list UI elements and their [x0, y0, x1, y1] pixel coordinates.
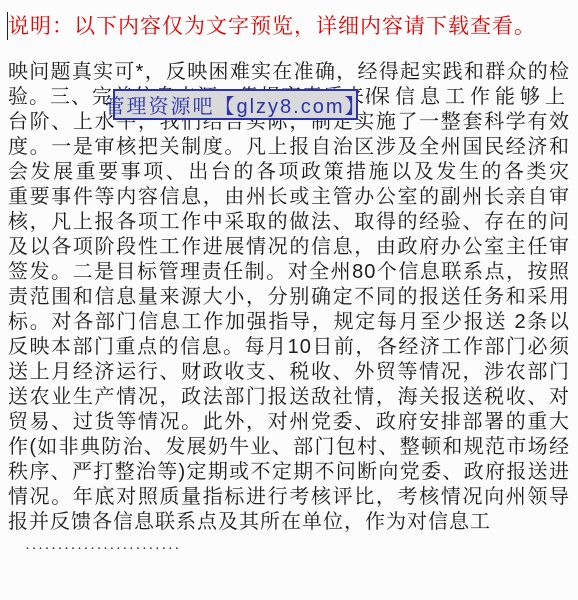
text-line: 标。对各部门信息工作加强指导，规定每月至少报送 2条以上	[8, 310, 570, 335]
text-line: 度。一是审核把关制度。凡上报自治区涉及全州国民经济和社	[8, 135, 570, 160]
ellipsis-line: ························	[8, 535, 570, 560]
text-line: 秩序、严打整治等)定期或不定期不问断向党委、政府报送进展	[8, 460, 570, 485]
text-line: 报并反馈各信息联系点及其所在单位，作为对信息工	[8, 510, 570, 535]
text-line: 核，凡上报各项工作中采取的做法、取得的经验、存在的问题	[8, 210, 570, 235]
text-line: 会发展重要事项、出台的各项政策措施以及发生的各类灾害、	[8, 160, 570, 185]
text-line: 情况。年底对照质量指标进行考核评比，考核情况向州领导汇	[8, 485, 570, 510]
text-line: 贸易、过货等情况。此外，对州党委、政府安排部署的重大工	[8, 410, 570, 435]
text-line: 及以各项阶段性工作进展情况的信息，由政府办公室主任审核	[8, 235, 570, 260]
watermark-box: 管理资源吧【glzy8.com】	[113, 89, 358, 120]
text-line: 反映本部门重点的信息。每月10日前，各经济工作部门必须报	[8, 335, 570, 360]
document-body: 映问题真实可*，反映困难实在准确，经得起实践和群众的检验。三、完善信息来源，靠提…	[8, 60, 570, 560]
watermark-text: 管理资源吧【glzy8.com】	[104, 90, 366, 119]
text-line: 送上月经济运行、财政收支、税收、外贸等情况，涉农部门报	[8, 360, 570, 385]
text-segment-left: 验。三、完	[8, 85, 113, 110]
preview-page: 说明：以下内容仅为文字预览，详细内容请下载查看。 映问题真实可*，反映困难实在准…	[0, 0, 578, 600]
text-line: 映问题真实可*，反映困难实在准确，经得起实践和群众的检	[8, 60, 570, 85]
download-notice: 说明：以下内容仅为文字预览，详细内容请下载查看。	[8, 13, 570, 40]
text-line: 作(如非典防治、发展奶牛业、部门包村、整顿和规范市场经济	[8, 435, 570, 460]
text-segment-right: 保信息工作能够上	[370, 85, 570, 110]
text-line: 送农业生产情况，政法部门报送敌社情，海关报送税收、对外	[8, 385, 570, 410]
text-line: 责范围和信息量来源大小，分别确定不同的报送任务和采用指	[8, 285, 570, 310]
text-line: 签发。二是目标管理责任制。对全州80个信息联系点，按照职	[8, 260, 570, 285]
text-line: 重要事件等内容信息，由州长或主管办公室的副州长亲自审	[8, 185, 570, 210]
